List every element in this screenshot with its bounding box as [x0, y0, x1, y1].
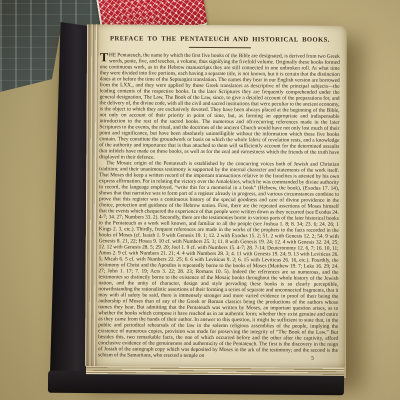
page-content: PREFACE TO THE PENTATEUCH AND HISTORICAL…	[98, 35, 340, 361]
paragraph-1-text: HE Pentateuch, the name by which the fir…	[99, 52, 340, 160]
paragraph-2: The Mosaic origin of the Pentateuch is e…	[98, 160, 339, 359]
paragraph-1: THE Pentateuch, the name by which the fi…	[99, 52, 340, 161]
drop-cap: T	[100, 52, 109, 63]
page-gutter-curl	[85, 24, 99, 366]
page-number: 5	[311, 356, 314, 362]
page-title: PREFACE TO THE PENTATEUCH AND HISTORICAL…	[100, 35, 340, 43]
preface-body: THE Pentateuch, the name by which the fi…	[98, 52, 340, 359]
title-divider-rule	[189, 47, 251, 48]
photo-scene: PREFACE TO THE PENTATEUCH AND HISTORICAL…	[0, 0, 400, 400]
book-page: PREFACE TO THE PENTATEUCH AND HISTORICAL…	[85, 24, 347, 368]
